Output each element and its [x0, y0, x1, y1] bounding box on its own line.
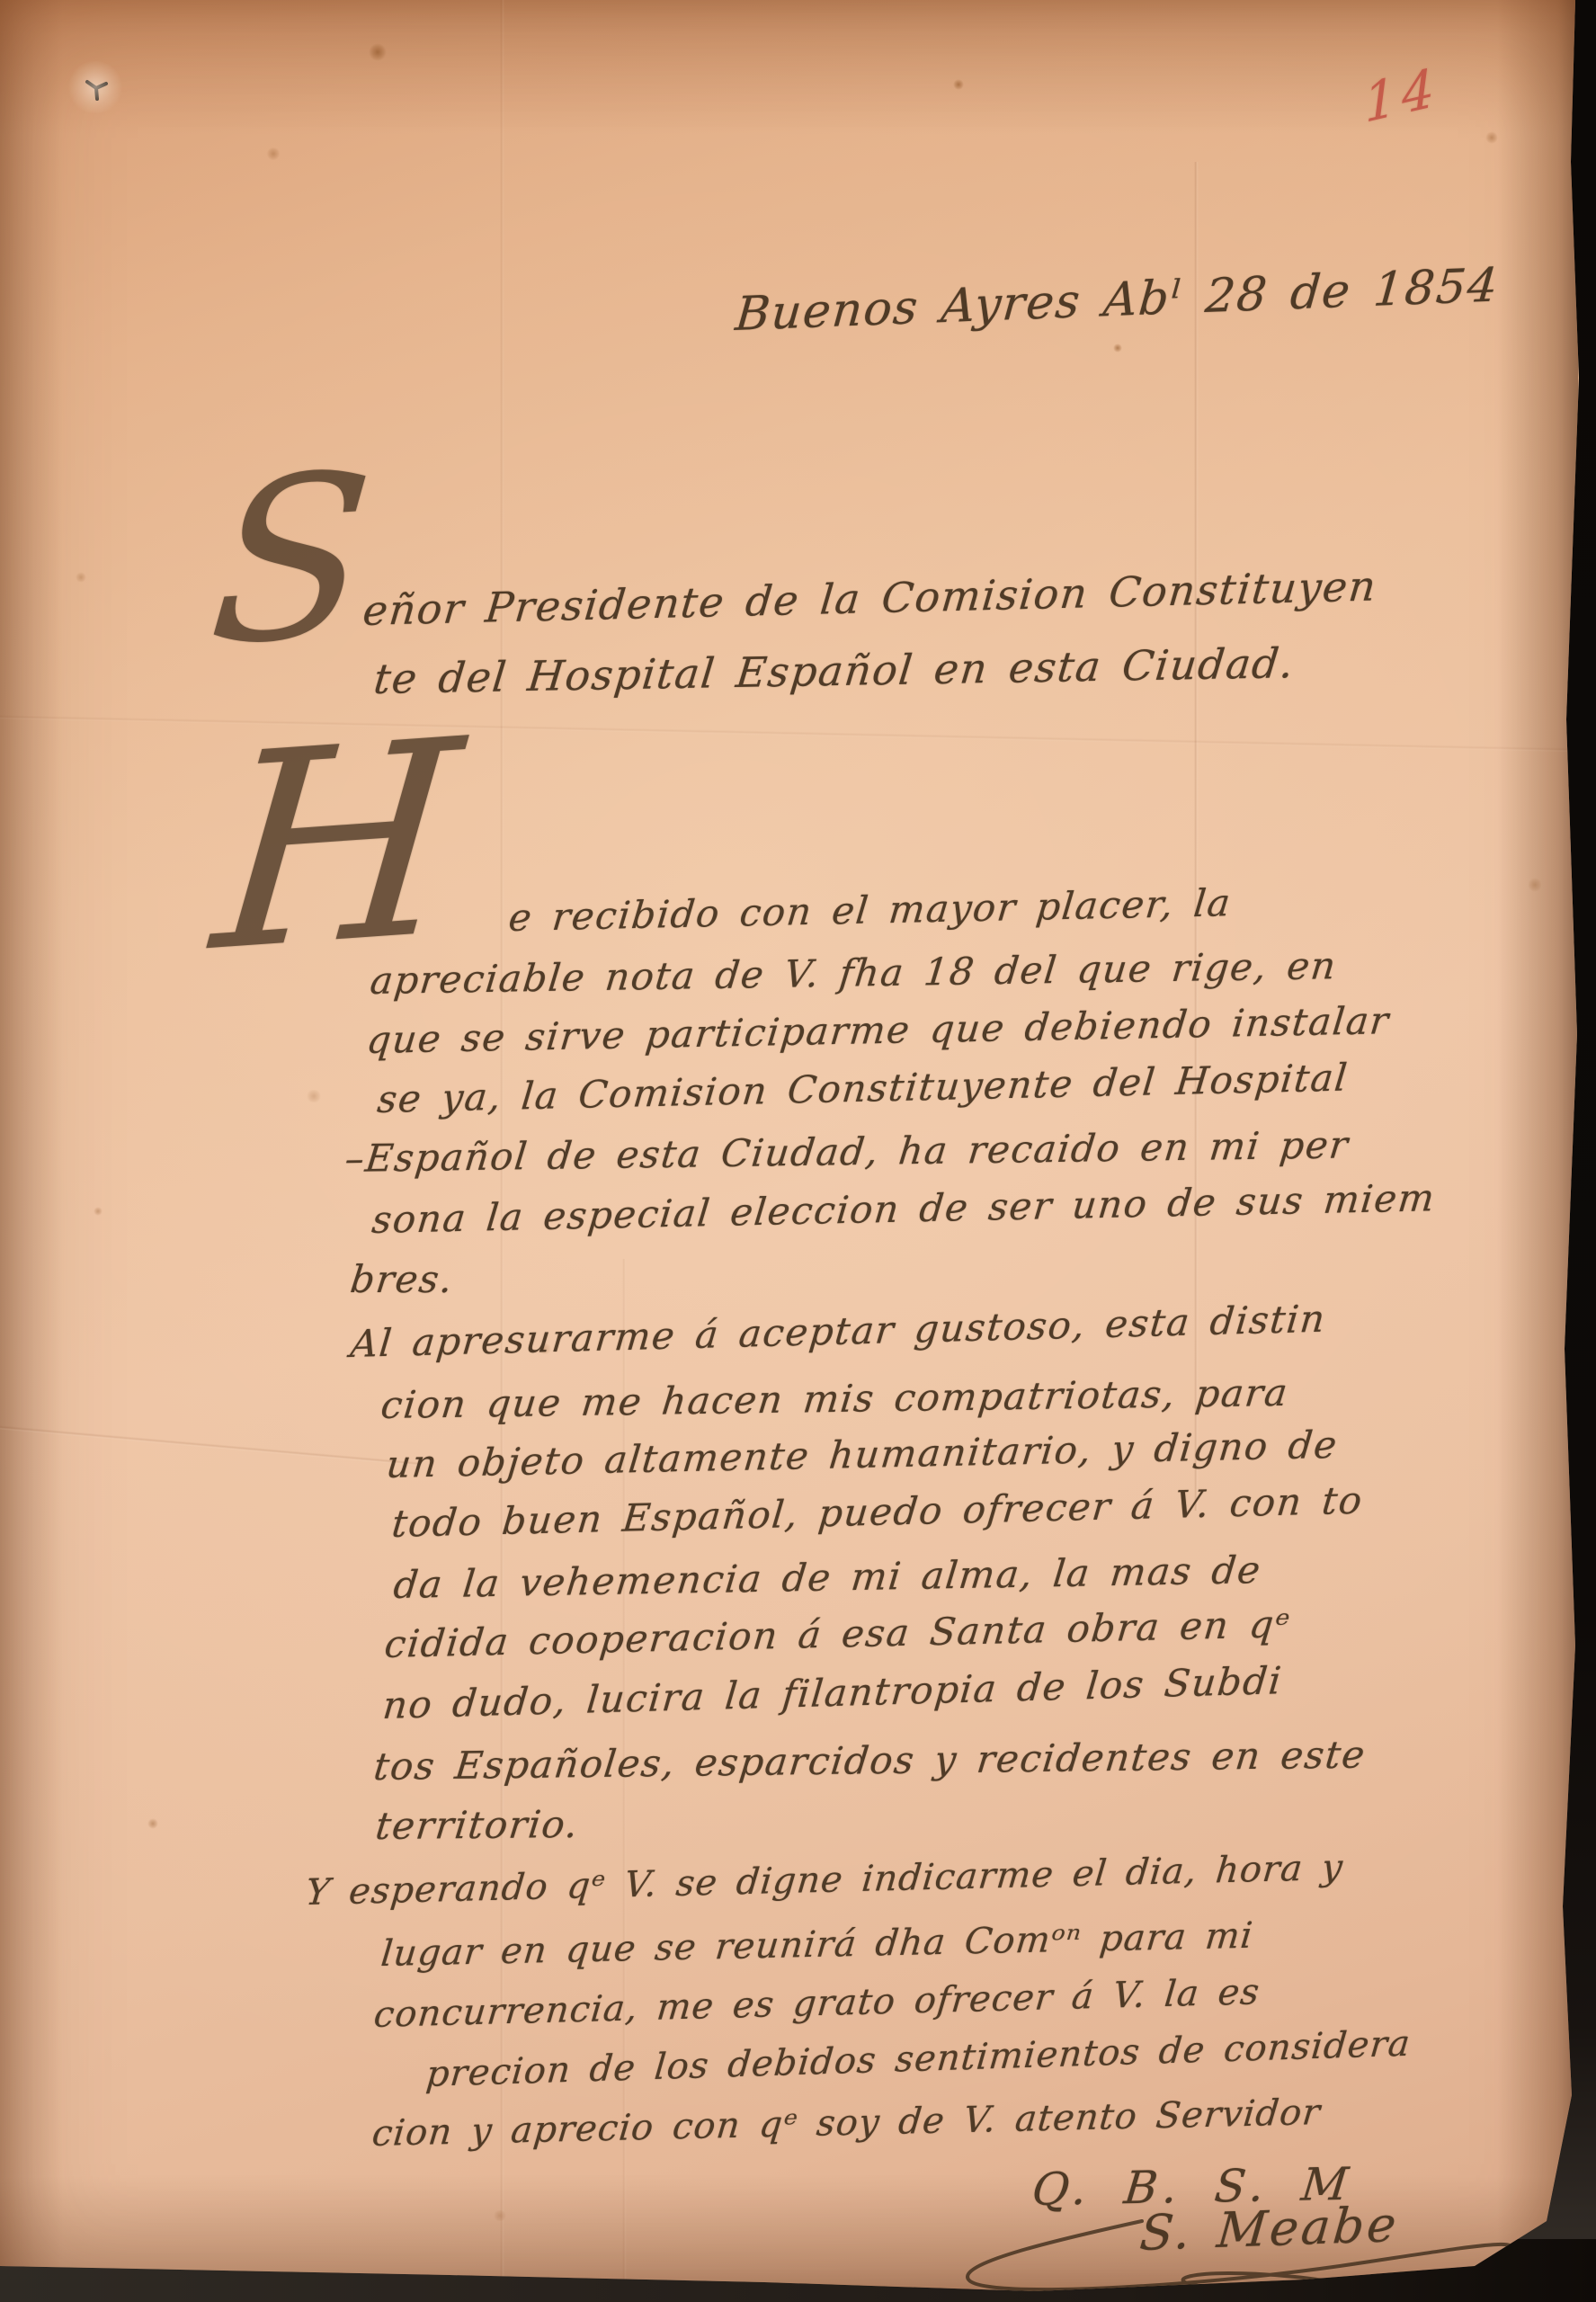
- stain-spot: [369, 43, 387, 61]
- letter-line: todo buen Español, puedo ofrecer á V. co…: [390, 1478, 1366, 1546]
- letter-line: cion y aprecio con qᵉ soy de V. atento S…: [370, 2092, 1323, 2155]
- stain-spot: [1113, 344, 1122, 352]
- letter-line: no dudo, lucira la filantropia de los Su…: [381, 1658, 1285, 1727]
- fold-crease-horizontal: [0, 1425, 421, 1467]
- stain-spot: [76, 572, 86, 583]
- stain-spot: [306, 1090, 322, 1102]
- stain-spot: [94, 1207, 103, 1216]
- salutation-initial: S: [203, 442, 379, 677]
- pinhole-halo: [67, 61, 124, 113]
- stain-spot: [493, 2210, 507, 2221]
- letter-line: Y esperando qᵉ V. se digne indicarme el …: [304, 1847, 1345, 1914]
- pinhole-mark: [83, 76, 110, 106]
- letter-line: que se sirve participarme que debiendo i…: [364, 998, 1391, 1062]
- salutation-line: eñor Presidente de la Comision Constituy…: [361, 562, 1378, 635]
- stain-spot: [953, 79, 964, 90]
- letter-line: da la vehemencia de mi alma, la mas de: [391, 1548, 1263, 1607]
- letter-line: Al apresurarme á aceptar gustoso, esta d…: [349, 1297, 1328, 1366]
- stain-spot: [1529, 877, 1541, 893]
- letter-line: tos Españoles, esparcidos y recidentes e…: [371, 1733, 1368, 1789]
- date-line: Buenos Ayres Abˡ 28 de 1854: [733, 259, 1501, 342]
- body-initial: H: [207, 704, 468, 990]
- letter-line: lugar en que se reunirá dha Comᵒⁿ para m…: [379, 1915, 1255, 1975]
- letter-line: cidida cooperacion á esa Santa obra en q…: [383, 1602, 1293, 1666]
- letter-scan: 14 Buenos Ayres Abˡ 28 de 1854 S eñor Pr…: [0, 0, 1596, 2302]
- letter-line: se ya, la Comision Constituyente del Hos…: [376, 1056, 1351, 1121]
- paper-shading-left: [0, 0, 63, 2302]
- stain-spot: [1485, 131, 1498, 144]
- letter-line: territorio.: [373, 1802, 581, 1848]
- salutation-line: te del Hospital Español en esta Ciudad.: [371, 638, 1297, 703]
- letter-line: sona la especial eleccion de ser uno de …: [370, 1175, 1438, 1242]
- letter-line: –Español de esta Ciudad, ha recaido en m…: [343, 1122, 1351, 1181]
- letter-line: bres.: [348, 1257, 456, 1301]
- letter-line: e recibido con el mayor placer, la: [507, 880, 1234, 940]
- folio-number: 14: [1362, 56, 1440, 135]
- stain-spot: [266, 147, 281, 160]
- letter-line: precion de los debidos sentimientos de c…: [424, 2023, 1413, 2095]
- letter-line: concurrencia, me es grato ofrecer á V. l…: [372, 1971, 1262, 2036]
- letter-line: cion que me hacen mis compatriotas, para: [379, 1370, 1290, 1427]
- paper-shading-top: [0, 0, 1596, 135]
- letter-sheet: 14 Buenos Ayres Abˡ 28 de 1854 S eñor Pr…: [0, 0, 1596, 2302]
- stain-spot: [147, 1818, 158, 1829]
